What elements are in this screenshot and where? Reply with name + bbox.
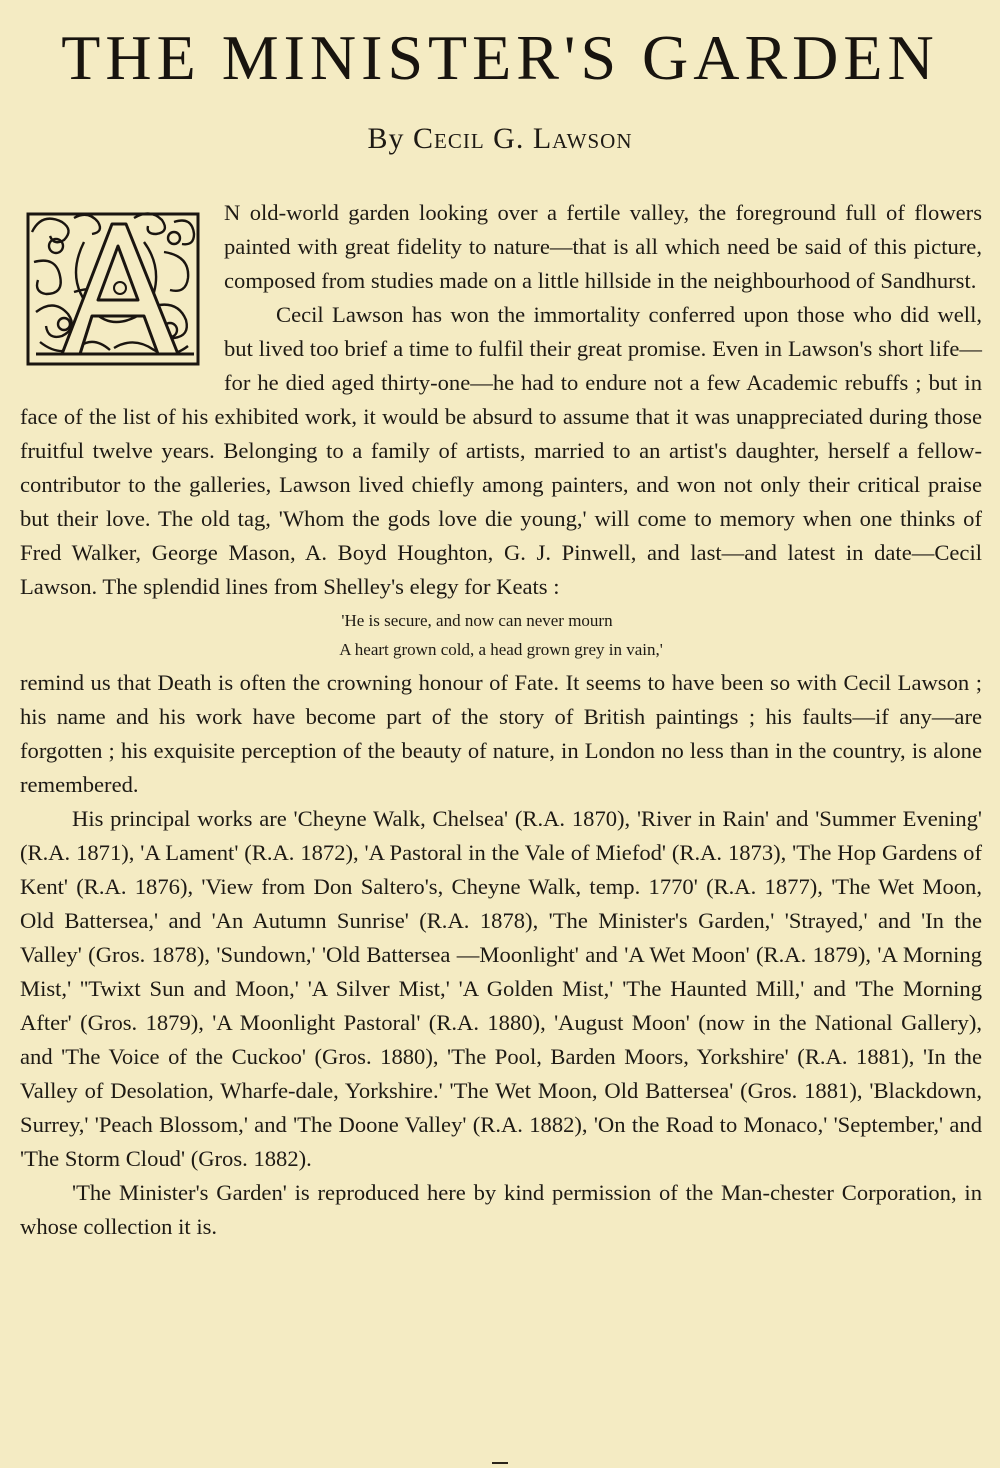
page-number-fragment bbox=[492, 1462, 508, 1468]
paragraph-principal-works: His principal works are 'Cheyne Walk, Ch… bbox=[20, 802, 982, 1176]
byline-author: Cecil G. Lawson bbox=[413, 122, 632, 155]
article-body: N old-world garden looking over a fertil… bbox=[20, 196, 982, 1244]
paragraph-permission: 'The Minister's Garden' is reproduced he… bbox=[20, 1176, 982, 1244]
verse-line-2: A heart grown cold, a head grown grey in… bbox=[20, 635, 982, 664]
paragraph-legacy: remind us that Death is often the crowni… bbox=[20, 666, 982, 802]
verse-quotation: 'He is secure, and now can never mourn A… bbox=[20, 606, 982, 664]
ornamental-initial-a-icon bbox=[14, 202, 210, 376]
page-title: THE MINISTER'S GARDEN bbox=[0, 26, 1000, 90]
document-page: THE MINISTER'S GARDEN By Cecil G. Lawson bbox=[0, 0, 1000, 1468]
byline: By Cecil G. Lawson bbox=[0, 124, 1000, 154]
verse-line-1: 'He is secure, and now can never mourn bbox=[20, 606, 982, 635]
byline-prefix: By bbox=[368, 122, 405, 155]
